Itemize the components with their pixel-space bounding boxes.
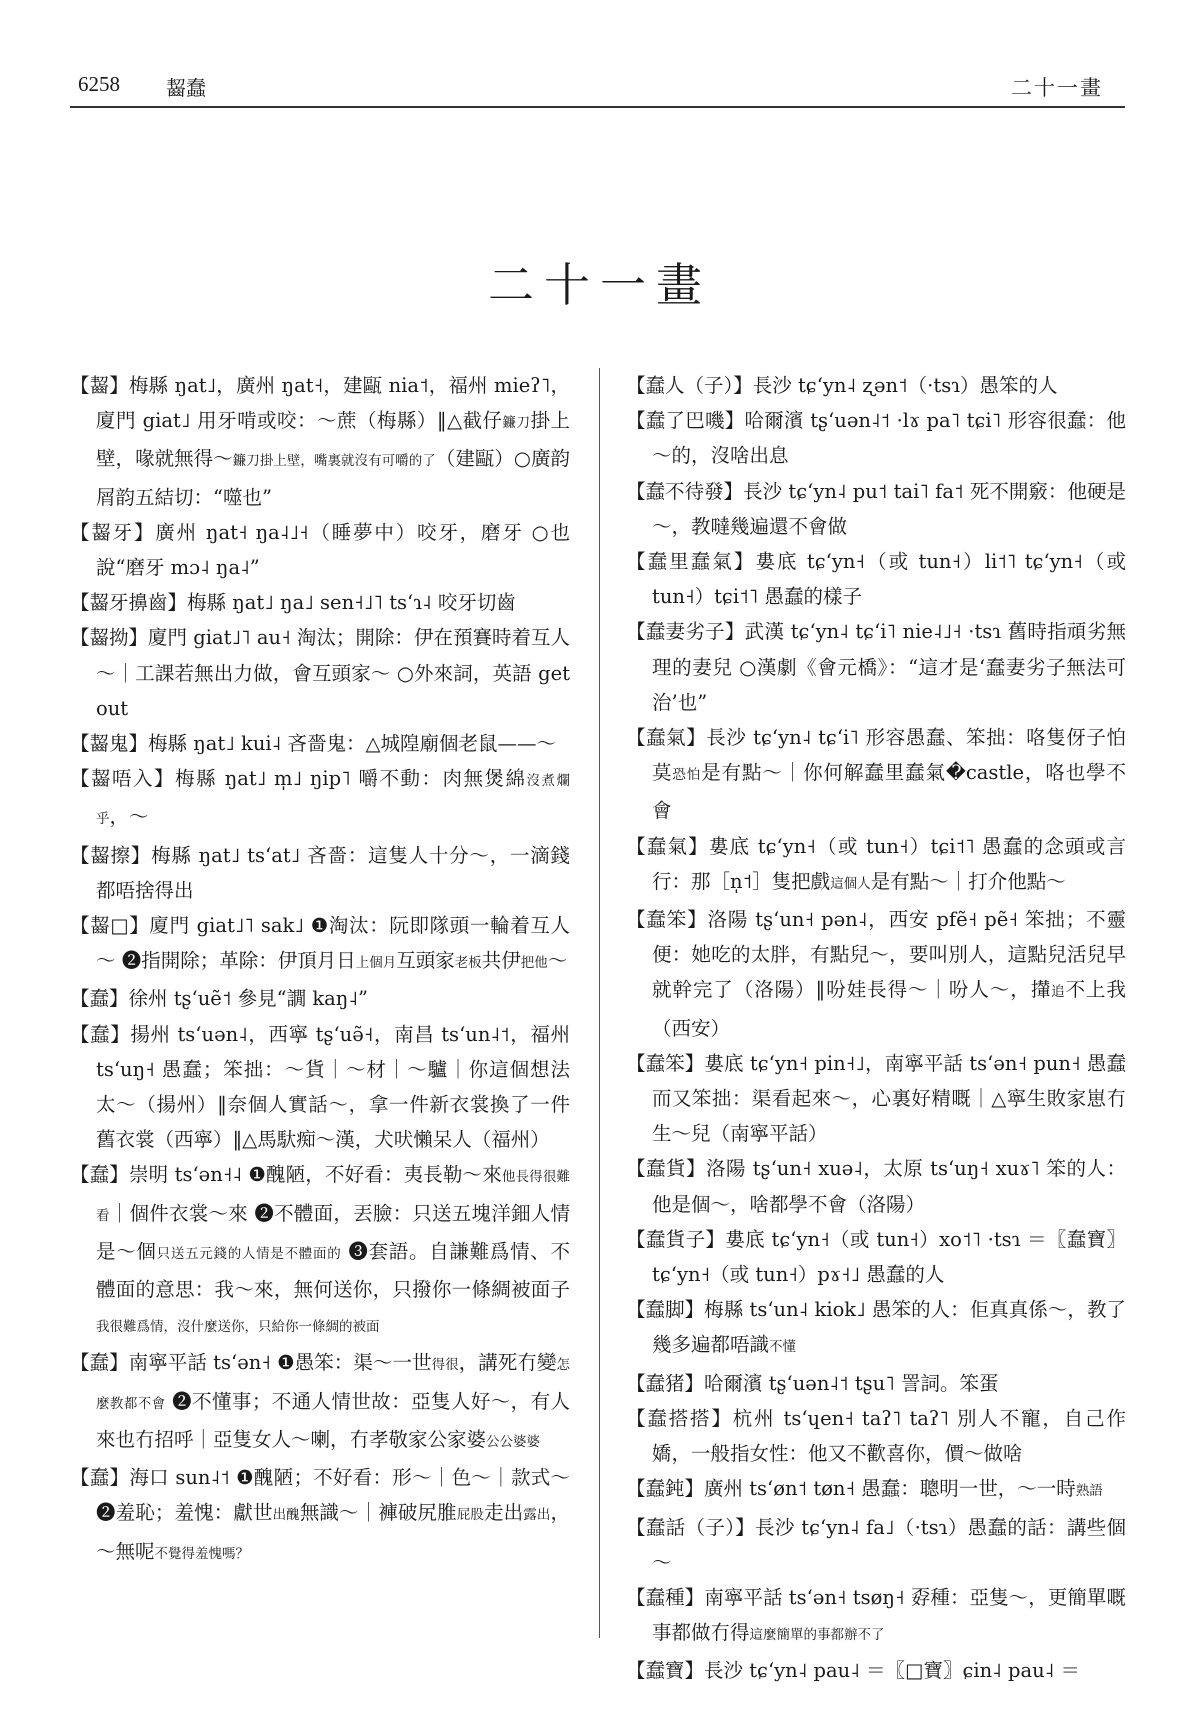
dictionary-entry: 【蠢笨】洛陽 tʂ‘un˧ pən˨，西安 pfẽ˧ pẽ˧ 笨拙；不靈便：她吃… <box>626 902 1126 1046</box>
entry-text: 互頭家 <box>396 949 455 972</box>
gloss-text: 追 <box>1051 984 1065 1000</box>
dictionary-entry: 【蠢氣】婁底 tɕ‘yn˧（或 tun˧）tɕi˦˥ 愚蠢的念頭或言行：那［n̩… <box>626 829 1126 902</box>
dictionary-entry: 【蠢笨】婁底 tɕ‘yn˧ pin˧˩，南寧平話 ts‘ən˧ pun˧ 愚蠢而… <box>626 1046 1126 1152</box>
gloss-text: 屁股 <box>457 1507 484 1523</box>
gloss-text: 我很難爲情，沒什麼送你，只給你一條綢的被面 <box>96 1319 380 1335</box>
entry-text: 【齧擦】梅縣 ŋat˩ ts‘at˩ 吝嗇：這隻人十分～，一滴錢都唔捨得出 <box>70 844 570 902</box>
dictionary-entry: 【蠢了巴嘰】哈爾濱 tʂ‘uən˨˦ ·lɤ pa˥ tɕi˥ 形容很蠢：他～的… <box>626 403 1126 473</box>
dictionary-entry: 【齧唔入】梅縣 ŋat˩ m̩˩ ŋip˥ 嚼不動：肉無煲綿沒煮爛乎，～ <box>70 761 570 837</box>
header-section-name: 二十一畫 <box>1011 72 1103 102</box>
dictionary-entry: 【蠢鈍】廣州 ts‘øn˦ tøn˧ 愚蠢：聰明一世，～一時熟語 <box>626 1471 1126 1509</box>
entry-text: 【蠢笨】婁底 tɕ‘yn˧ pin˧˩，南寧平話 ts‘ən˧ pun˧ 愚蠢而… <box>626 1052 1126 1145</box>
left-column: 【齧】梅縣 ŋat˩，廣州 ŋat˧，建甌 nia˦，福州 mieʔ˥，廈門 g… <box>70 368 570 1572</box>
dictionary-entry: 【蠢】南寧平話 ts‘ən˧ ❶愚笨：渠～一世得很，講死冇變怎麼教都不會 ❷不懂… <box>70 1345 570 1460</box>
entry-text: 【蠢脚】梅縣 ts‘un˨ kiok˩ 愚笨的人：佢真真係～，教了幾多遍都唔識 <box>626 1298 1126 1356</box>
entry-text: 【蠢】揚州 ts‘uən˨，西寧 tʂ‘uə̃˧，南昌 ts‘un˨˦，福州 t… <box>70 1023 570 1152</box>
dictionary-entry: 【蠢】崇明 ts‘ən˧˨ ❶醜陋，不好看：夷長勒～來他長得很難看｜個件衣裳～來… <box>70 1157 570 1345</box>
dictionary-entry: 【蠢】海口 sun˨˦ ❶醜陋；不好看：形～｜色～｜款式～ ❷羞恥；羞愧：獻世出… <box>70 1460 570 1572</box>
entry-text: 共伊 <box>482 949 521 972</box>
dictionary-entry: 【蠢里蠢氣】婁底 tɕ‘yn˧（或 tun˧）li˦˥ tɕ‘yn˧（或 tun… <box>626 544 1126 614</box>
entry-text: 【齧拗】廈門 giat˩˥ au˧ 淘汰；開除：伊在預賽時着互人～｜工課若無出力… <box>70 626 570 719</box>
entry-text: ，講死冇變 <box>459 1351 557 1374</box>
running-header: 6258 齧蠢 二十一畫 <box>70 70 1125 108</box>
gloss-text: 不覺得羞愧嗎？ <box>155 1546 250 1562</box>
dictionary-entry: 【齧鬼】梅縣 ŋat˩ kui˨ 吝嗇鬼：△城隍廟個老鼠——～ <box>70 726 570 761</box>
dictionary-entry: 【蠢妻劣子】武漢 tɕ‘yn˨ tɕ‘i˥ nie˨˩˧ ·tsɿ 舊時指頑劣無… <box>626 614 1126 720</box>
dictionary-entry: 【蠢貨子】婁底 tɕ‘yn˧（或 tun˧）xo˦˥ ·tsɿ ＝〖蠢寶〗tɕ‘… <box>626 1222 1126 1292</box>
gloss-text: 這麼簡單的事都辦不了 <box>750 1627 885 1643</box>
entry-text: 【齧】梅縣 ŋat˩，廣州 ŋat˧，建甌 nia˦，福州 mieʔ˥，廈門 g… <box>70 374 570 432</box>
section-title: 二十一畫 <box>0 249 1200 315</box>
entry-text: 【蠢貨】洛陽 tʂ‘un˧ xuə˨，太原 ts‘uŋ˧ xuɤ˥ 笨的人：他是… <box>626 1157 1126 1215</box>
gloss-text: 恐怕 <box>672 767 701 783</box>
dictionary-entry: 【齧拗】廈門 giat˩˥ au˧ 淘汰；開除：伊在預賽時着互人～｜工課若無出力… <box>70 620 570 726</box>
entry-text: 【蠢妻劣子】武漢 tɕ‘yn˨ tɕ‘i˥ nie˨˩˧ ·tsɿ 舊時指頑劣無… <box>626 620 1126 713</box>
right-column: 【蠢人（子）】長沙 tɕ‘yn˨ ʐən˦（·tsɿ）愚笨的人【蠢了巴嘰】哈爾濱… <box>626 368 1126 1689</box>
dictionary-entry: 【蠢搭搭】杭州 ts‘ɥen˧ taʔ˥ taʔ˥ 別人不寵，自己作嬌，一般指女… <box>626 1401 1126 1471</box>
gloss-text: 得很 <box>432 1357 459 1373</box>
dictionary-entry: 【蠢氣】長沙 tɕ‘yn˨ tɕ‘i˥ 形容愚蠢、笨拙：咯隻伢子怕莫恐怕是有點～… <box>626 720 1126 829</box>
entry-text: 【齧牙擤齒】梅縣 ŋat˩ ŋa˩ sen˧˩˥ ts‘ɿ˨ 咬牙切齒 <box>70 591 516 614</box>
dictionary-entry: 【齧牙】廣州 ŋat˧ ŋa˨˩˧（睡夢中）咬牙，磨牙 ○也說“磨牙 mɔ˨ ŋ… <box>70 515 570 585</box>
entry-text: 【齧唔入】梅縣 ŋat˩ m̩˩ ŋip˥ 嚼不動：肉無煲綿 <box>70 767 527 790</box>
entry-text: 是有點～｜打介他點～ <box>871 870 1066 893</box>
header-guide-characters: 齧蠢 <box>166 72 206 101</box>
dictionary-entry: 【齧牙擤齒】梅縣 ŋat˩ ŋa˩ sen˧˩˥ ts‘ɿ˨ 咬牙切齒 <box>70 585 570 620</box>
entry-text: 無識～｜褲破尻脽 <box>300 1501 457 1524</box>
entry-text: 【蠢人（子）】長沙 tɕ‘yn˨ ʐən˦（·tsɿ）愚笨的人 <box>626 374 1058 397</box>
entry-text: 【蠢貨子】婁底 tɕ‘yn˧（或 tun˧）xo˦˥ ·tsɿ ＝〖蠢寶〗tɕ‘… <box>626 1228 1126 1286</box>
entry-text: 【蠢了巴嘰】哈爾濱 tʂ‘uən˨˦ ·lɤ pa˥ tɕi˥ 形容很蠢：他～的… <box>626 409 1126 467</box>
gloss-text: 只送五元錢的人情是不體面的 <box>157 1246 342 1262</box>
entry-text: 【齧鬼】梅縣 ŋat˩ kui˨ 吝嗇鬼：△城隍廟個老鼠——～ <box>70 732 556 755</box>
column-divider <box>599 368 600 1638</box>
page-number: 6258 <box>78 72 120 97</box>
dictionary-entry: 【蠢】徐州 tʂ‘uẽ˦ 參見“譋 kaŋ˨” <box>70 981 570 1016</box>
entry-text: 【蠢搭搭】杭州 ts‘ɥen˧ taʔ˥ taʔ˥ 別人不寵，自己作嬌，一般指女… <box>626 1407 1126 1465</box>
dictionary-entry: 【齧□】廈門 giat˩˥ sak˩ ❶淘汰：阮即隊頭一輪着互人～ ❷指開除；革… <box>70 908 570 981</box>
entry-text: 【蠢里蠢氣】婁底 tɕ‘yn˧（或 tun˧）li˦˥ tɕ‘yn˧（或 tun… <box>626 550 1126 608</box>
gloss-text: 鐮刀掛上壁，嘴裏就沒有可嚼的了 <box>233 453 436 469</box>
gloss-text: 不懂 <box>769 1339 796 1355</box>
entry-text: 【蠢】崇明 ts‘ən˧˨ ❶醜陋，不好看：夷長勒～來 <box>70 1163 502 1186</box>
entry-text: 走出 <box>484 1501 523 1524</box>
entry-text: 【蠢話（子）】長沙 tɕ‘yn˨ fa˩（·tsɿ）愚蠢的話：講些個～ <box>626 1516 1126 1574</box>
dictionary-entry: 【蠢話（子）】長沙 tɕ‘yn˨ fa˩（·tsɿ）愚蠢的話：講些個～ <box>626 1510 1126 1580</box>
entry-text: 【蠢】南寧平話 ts‘ən˧ ❶愚笨：渠～一世 <box>70 1351 432 1374</box>
entry-text: 【蠢不待發】長沙 tɕ‘yn˨ pu˦ tai˥ fa˦ 死不開竅：他硬是～，教… <box>626 480 1126 538</box>
dictionary-entry: 【蠢寶】長沙 tɕ‘yn˨ pau˨ ＝〖□寶〗ɕin˨ pau˨ ＝ <box>626 1653 1126 1688</box>
gloss-text: 公公婆婆 <box>486 1434 540 1450</box>
gloss-text: 上個月 <box>356 955 397 971</box>
dictionary-entry: 【蠢猪】哈爾濱 tʂ‘uən˨˦ tʂu˥ 詈詞。笨蛋 <box>626 1366 1126 1401</box>
gloss-text: 鐮刀 <box>503 415 531 431</box>
gloss-text: 老板 <box>455 955 482 971</box>
dictionary-entry: 【蠢貨】洛陽 tʂ‘un˧ xuə˨，太原 ts‘uŋ˧ xuɤ˥ 笨的人：他是… <box>626 1151 1126 1221</box>
entry-text: 【蠢寶】長沙 tɕ‘yn˨ pau˨ ＝〖□寶〗ɕin˨ pau˨ ＝ <box>626 1659 1080 1682</box>
entry-text: 是有點～｜你何解蠢里蠢氣�castle，咯也學不會 <box>652 761 1126 822</box>
entry-text: 【蠢猪】哈爾濱 tʂ‘uən˨˦ tʂu˥ 詈詞。笨蛋 <box>626 1372 999 1395</box>
dictionary-entry: 【齧擦】梅縣 ŋat˩ ts‘at˩ 吝嗇：這隻人十分～，一滴錢都唔捨得出 <box>70 838 570 908</box>
entry-text: ～ <box>548 949 568 972</box>
dictionary-entry: 【蠢不待發】長沙 tɕ‘yn˨ pu˦ tai˥ fa˦ 死不開竅：他硬是～，教… <box>626 474 1126 544</box>
dictionary-entry: 【蠢脚】梅縣 ts‘un˨ kiok˩ 愚笨的人：佢真真係～，教了幾多遍都唔識不… <box>626 1292 1126 1365</box>
gloss-text: 熟語 <box>1076 1483 1103 1499</box>
entry-text: 【蠢】徐州 tʂ‘uẽ˦ 參見“譋 kaŋ˨” <box>70 987 368 1010</box>
dictionary-entry: 【蠢種】南寧平話 ts‘ən˧ tsøŋ˧ 孬種：亞隻～，更簡單嘅事都做冇得這麼… <box>626 1580 1126 1653</box>
dictionary-entry: 【齧】梅縣 ŋat˩，廣州 ŋat˧，建甌 nia˦，福州 mieʔ˥，廈門 g… <box>70 368 570 515</box>
entry-text: 【齧牙】廣州 ŋat˧ ŋa˨˩˧（睡夢中）咬牙，磨牙 ○也說“磨牙 mɔ˨ ŋ… <box>70 521 570 579</box>
dictionary-entry: 【蠢】揚州 ts‘uən˨，西寧 tʂ‘uə̃˧，南昌 ts‘un˨˦，福州 t… <box>70 1017 570 1158</box>
dictionary-entry: 【蠢人（子）】長沙 tɕ‘yn˨ ʐən˦（·tsɿ）愚笨的人 <box>626 368 1126 403</box>
gloss-text: 這個人 <box>830 876 871 892</box>
gloss-text: 把他 <box>521 955 548 971</box>
entry-text: 【蠢鈍】廣州 ts‘øn˦ tøn˧ 愚蠢：聰明一世，～一時 <box>626 1477 1076 1500</box>
gloss-text: 露出 <box>523 1507 550 1523</box>
entry-text: ，～ <box>110 805 149 828</box>
gloss-text: 出醜 <box>273 1507 300 1523</box>
